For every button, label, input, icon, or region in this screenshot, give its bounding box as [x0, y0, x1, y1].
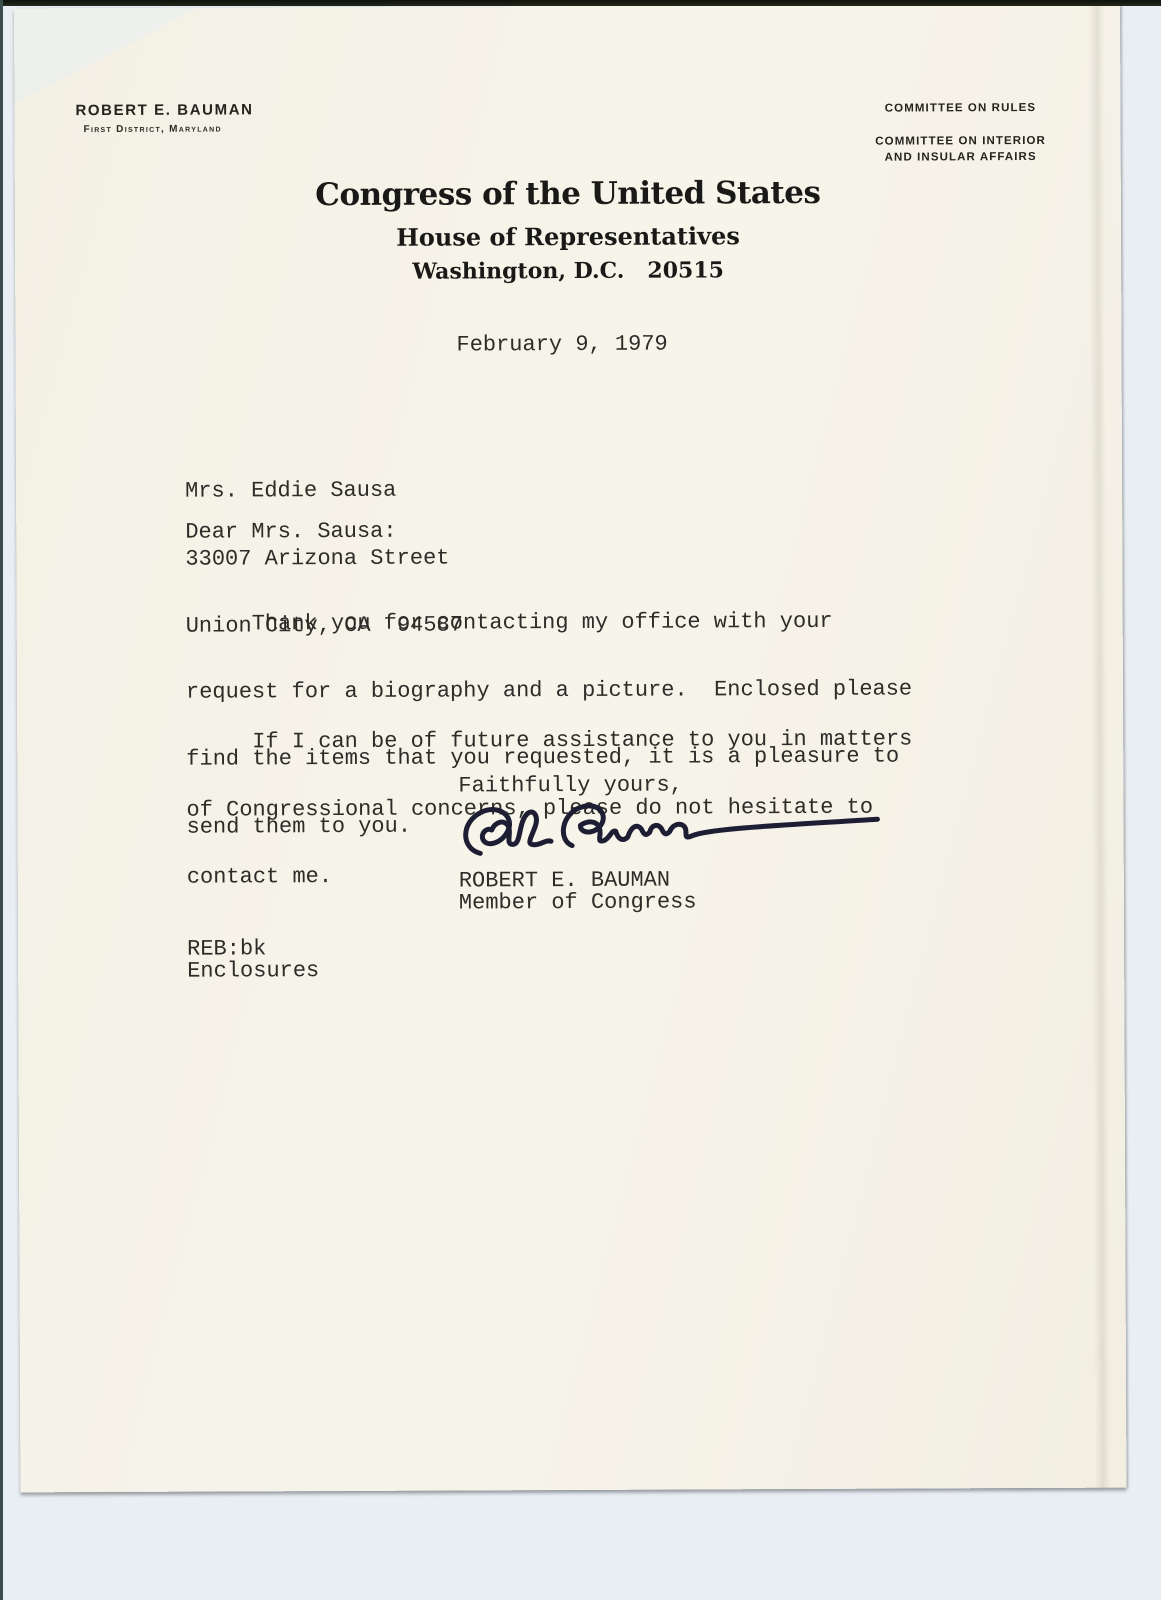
- masthead-city-zip: Washington, D.C. 20515: [15, 256, 1121, 287]
- signature-ink-icon: [455, 789, 887, 866]
- recipient-line: Mrs. Eddie Sausa: [185, 479, 462, 503]
- signer-title: Member of Congress: [459, 891, 697, 915]
- body-line: If I can be of future assistance to you …: [186, 729, 912, 755]
- body-line: Thank you for contacting my office with …: [186, 611, 912, 637]
- closing-line: Faithfully yours,: [458, 775, 683, 798]
- letter-page: ROBERT E. BAUMAN First District, Marylan…: [14, 4, 1126, 1493]
- masthead-institution: Congress of the United States: [15, 174, 1121, 215]
- committee-gap: [850, 116, 1070, 134]
- signature: Bob Bauman: [455, 789, 887, 866]
- masthead-chamber: House of Representatives: [15, 220, 1121, 254]
- committee-rules: COMMITTEE ON RULES: [850, 100, 1070, 117]
- committee-interior-line2: AND INSULAR AFFAIRS: [851, 149, 1071, 166]
- salutation: Dear Mrs. Sausa:: [185, 521, 396, 544]
- letterhead-member-district: First District, Maryland: [84, 124, 222, 136]
- enclosure-note: Enclosures: [187, 960, 319, 983]
- letter-date: February 9, 1979: [456, 334, 667, 357]
- letterhead-member-name: ROBERT E. BAUMAN: [75, 101, 253, 119]
- scan-edge-left: [0, 0, 3, 1600]
- scan-edge-top: [0, 0, 1161, 6]
- paper-corner-fold: [14, 8, 199, 104]
- letterhead-committees: COMMITTEE ON RULES COMMITTEE ON INTERIOR…: [850, 100, 1070, 166]
- committee-interior-line1: COMMITTEE ON INTERIOR: [851, 133, 1071, 150]
